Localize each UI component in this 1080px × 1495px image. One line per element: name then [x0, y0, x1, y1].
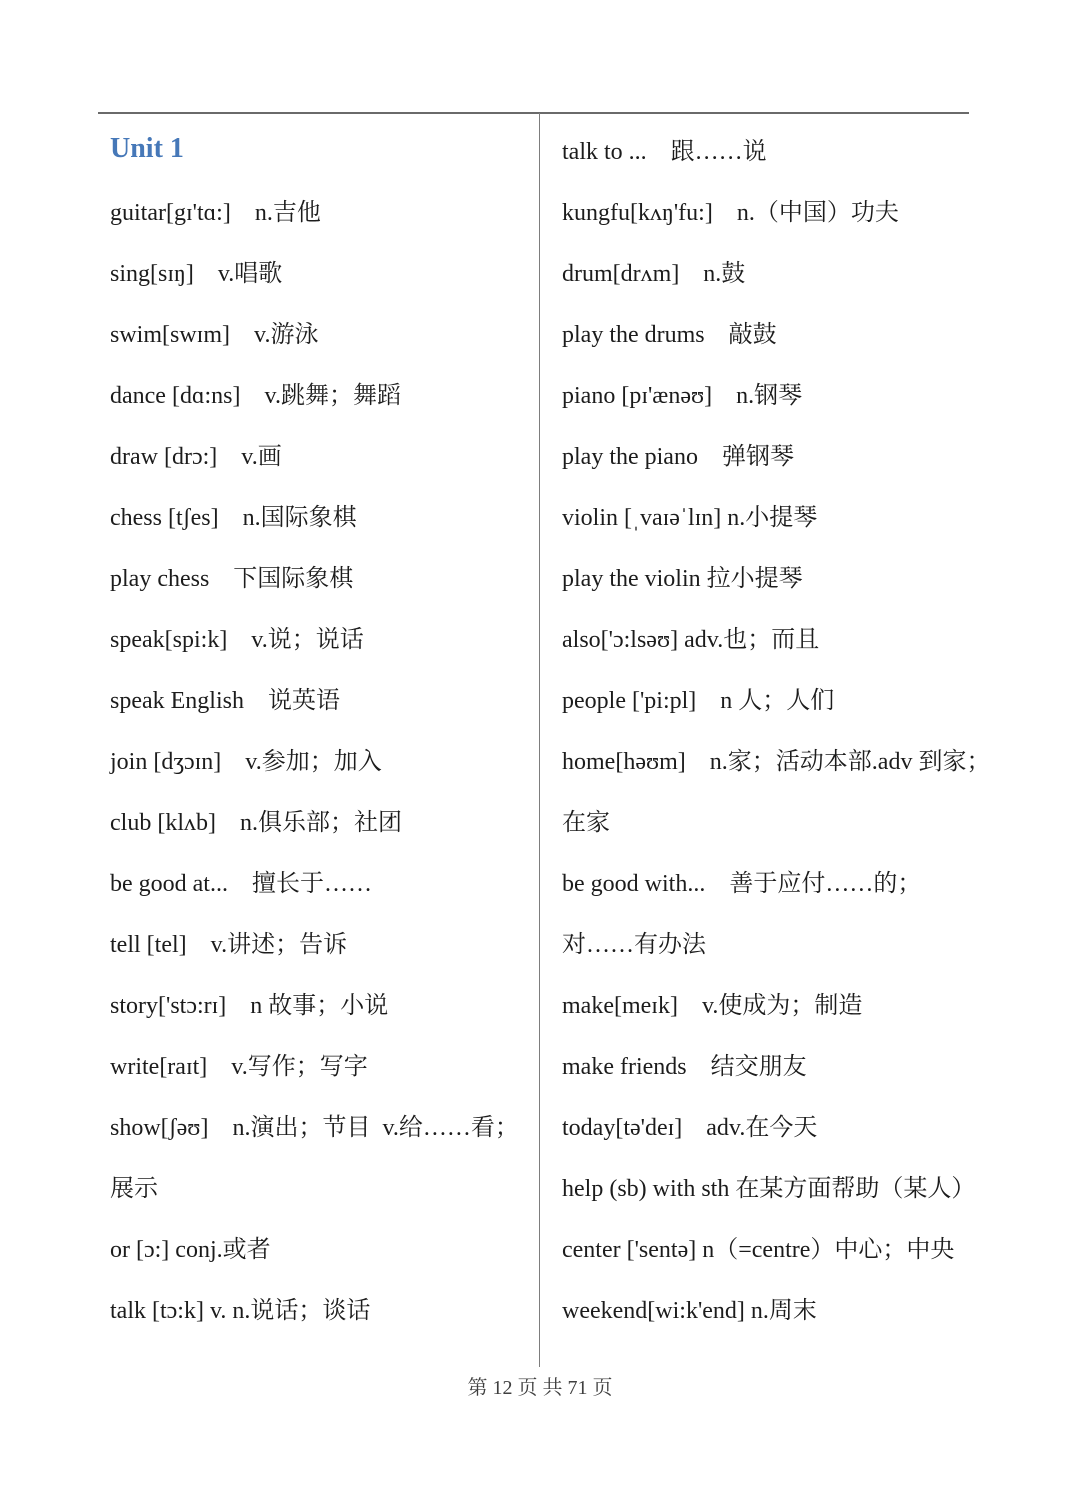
page-number: 第 12 页 共 71 页	[0, 1371, 1080, 1400]
left-column: Unit 1 guitar[gɪ'tɑ:] n.吉他sing[sɪŋ] v.唱歌…	[110, 118, 535, 1338]
vocab-line: speak English 说英语	[110, 667, 535, 728]
vocab-line: story['stɔ:rɪ] n 故事；小说	[110, 972, 535, 1033]
vocab-line: be good at... 擅长于……	[110, 850, 535, 911]
vocab-line: swim[swɪm] v.游泳	[110, 301, 535, 362]
vocab-line: play chess 下国际象棋	[110, 545, 535, 606]
vocab-line: violin [ˌvaɪəˈlɪn] n.小提琴	[562, 484, 1074, 545]
vocab-line: play the piano 弹钢琴	[562, 423, 1074, 484]
vocab-line: sing[sɪŋ] v.唱歌	[110, 240, 535, 301]
vocab-line: dance [dɑ:ns] v.跳舞；舞蹈	[110, 362, 535, 423]
unit-heading: Unit 1	[110, 118, 535, 179]
vocab-line: drum[drʌm] n.鼓	[562, 240, 1074, 301]
vocab-line: speak[spi:k] v.说；说话	[110, 606, 535, 667]
right-column-lines: talk to ... 跟……说kungfu[kʌŋ'fu:] n.（中国）功夫…	[562, 118, 1074, 1338]
vocab-line: show[ʃəʊ] n.演出；节目 v.给……看；	[110, 1094, 535, 1155]
vocab-line: help (sb) with sth 在某方面帮助（某人）	[562, 1155, 1074, 1216]
vocab-line: 在家	[562, 789, 1074, 850]
vocab-line: people ['pi:pl] n 人；人们	[562, 667, 1074, 728]
vocab-line: 展示	[110, 1155, 535, 1216]
vocab-line: kungfu[kʌŋ'fu:] n.（中国）功夫	[562, 179, 1074, 240]
vocab-line: talk to ... 跟……说	[562, 118, 1074, 179]
vocab-line: or [ɔ:] conj.或者	[110, 1216, 535, 1277]
vocab-line: also['ɔ:lsəʊ] adv.也；而且	[562, 606, 1074, 667]
vocab-line: piano [pɪ'ænəʊ] n.钢琴	[562, 362, 1074, 423]
vocab-line: tell [tel] v.讲述；告诉	[110, 911, 535, 972]
vocab-line: home[həʊm] n.家；活动本部.adv 到家；	[562, 728, 1074, 789]
vocab-line: guitar[gɪ'tɑ:] n.吉他	[110, 179, 535, 240]
vocab-line: today[tə'deɪ] adv.在今天	[562, 1094, 1074, 1155]
vocab-line: 对……有办法	[562, 911, 1074, 972]
vocab-line: join [dʒɔɪn] v.参加；加入	[110, 728, 535, 789]
left-column-lines: guitar[gɪ'tɑ:] n.吉他sing[sɪŋ] v.唱歌swim[sw…	[110, 179, 535, 1338]
vocab-line: draw [drɔ:] v.画	[110, 423, 535, 484]
document-page: Unit 1 guitar[gɪ'tɑ:] n.吉他sing[sɪŋ] v.唱歌…	[0, 0, 1080, 1495]
vocab-line: play the violin 拉小提琴	[562, 545, 1074, 606]
vocab-line: play the drums 敲鼓	[562, 301, 1074, 362]
vocab-line: talk [tɔ:k] v. n.说话；谈话	[110, 1277, 535, 1338]
vocab-line: club [klʌb] n.俱乐部；社团	[110, 789, 535, 850]
vocab-line: center ['sentə] n（=centre）中心；中央	[562, 1216, 1074, 1277]
vocab-line: chess [tʃes] n.国际象棋	[110, 484, 535, 545]
vocab-line: be good with... 善于应付……的；	[562, 850, 1074, 911]
vocab-line: make friends 结交朋友	[562, 1033, 1074, 1094]
vocab-line: make[meɪk] v.使成为；制造	[562, 972, 1074, 1033]
vocab-line: write[raɪt] v.写作；写字	[110, 1033, 535, 1094]
vocab-line: weekend[wi:k'end] n.周末	[562, 1277, 1074, 1338]
right-column: talk to ... 跟……说kungfu[kʌŋ'fu:] n.（中国）功夫…	[562, 118, 1074, 1338]
column-divider	[539, 113, 540, 1367]
header-rule	[98, 112, 969, 114]
